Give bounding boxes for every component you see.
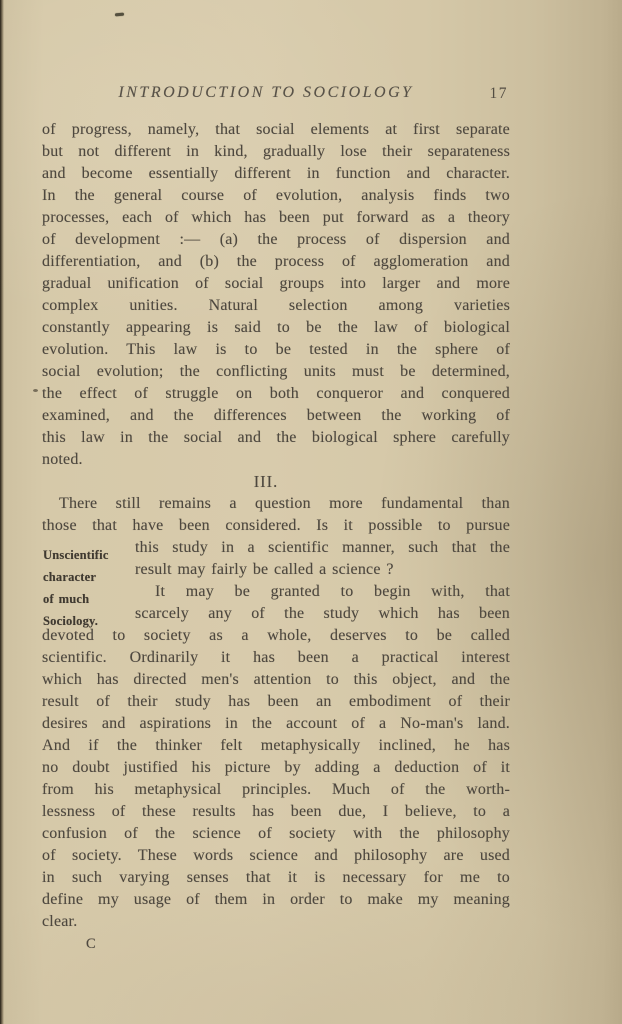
running-header: INTRODUCTION TO SOCIOLOGY 17 bbox=[42, 84, 510, 106]
text-line: social evolution; the conflicting units … bbox=[42, 361, 510, 383]
text-line: result of their study has been an embodi… bbox=[42, 691, 510, 713]
ink-speck bbox=[115, 13, 124, 17]
page-number: 17 bbox=[490, 85, 509, 103]
text-line: character bbox=[43, 566, 131, 588]
text-line: this study in a scientific manner, such … bbox=[135, 537, 510, 559]
text-line: define my usage of them in order to make… bbox=[42, 889, 510, 911]
text-line: of development :— (a) the process of dis… bbox=[42, 229, 510, 251]
text-line: lessness of these results has been due, … bbox=[42, 801, 510, 823]
printer-signature-mark: C bbox=[86, 933, 96, 955]
text-line: complex unities. Natural selection among… bbox=[42, 295, 510, 317]
text-line: Unscientific bbox=[43, 544, 131, 566]
text-line: noted. bbox=[42, 449, 510, 471]
text-line: which has directed men's attention to th… bbox=[42, 669, 510, 691]
sidenote-region: Unscientificcharacterof muchSociology. t… bbox=[42, 537, 510, 625]
text-line: evolution. This law is to be tested in t… bbox=[42, 339, 510, 361]
section-heading: III. bbox=[32, 471, 500, 493]
page-title: INTRODUCTION TO SOCIOLOGY bbox=[32, 84, 500, 102]
paragraph-2-intro: There still remains a question more fund… bbox=[42, 493, 510, 537]
text-line: scarcely any of the study which has been bbox=[135, 603, 510, 625]
text-line: those that have been considered. Is it p… bbox=[42, 515, 510, 537]
text-line: this law in the social and the biologica… bbox=[42, 427, 510, 449]
text-line: There still remains a question more fund… bbox=[42, 493, 510, 515]
text-line: scientific. Ordinarily it has been a pra… bbox=[42, 647, 510, 669]
text-line: devoted to society as a whole, deserves … bbox=[42, 625, 510, 647]
text-line: constantly appearing is said to be the l… bbox=[42, 317, 510, 339]
text-line: And if the thinker felt metaphysically i… bbox=[42, 735, 510, 757]
text-line: of much bbox=[43, 588, 131, 610]
text-line: of progress, namely, that social element… bbox=[42, 119, 510, 141]
text-line: confusion of the science of society with… bbox=[42, 823, 510, 845]
text-line: clear. bbox=[42, 911, 510, 933]
text-line: differentiation, and (b) the process of … bbox=[42, 251, 510, 273]
margin-sidenote: Unscientificcharacterof muchSociology. bbox=[43, 544, 131, 632]
text-line: in such varying senses that it is necess… bbox=[42, 867, 510, 889]
text-line: examined, and the differences between th… bbox=[42, 405, 510, 427]
ink-speck bbox=[33, 389, 38, 392]
text-line: from his metaphysical principles. Much o… bbox=[42, 779, 510, 801]
text-line: In the general course of evolution, anal… bbox=[42, 185, 510, 207]
text-line: processes, each of which has been put fo… bbox=[42, 207, 510, 229]
page-edge-shadow bbox=[0, 0, 4, 1024]
text-line: gradual unification of social groups int… bbox=[42, 273, 510, 295]
book-page-scan: INTRODUCTION TO SOCIOLOGY 17 of progress… bbox=[0, 0, 622, 1024]
text-line: and become essentially different in func… bbox=[42, 163, 510, 185]
text-line: It may be granted to begin with, that bbox=[135, 581, 510, 603]
text-line: the effect of struggle on both conqueror… bbox=[42, 383, 510, 405]
paragraph-2-wrapped-text: this study in a scientific manner, such … bbox=[135, 537, 510, 625]
text-line: but not different in kind, gradually los… bbox=[42, 141, 510, 163]
text-line: desires and aspirations in the account o… bbox=[42, 713, 510, 735]
text-line: no doubt justified his picture by adding… bbox=[42, 757, 510, 779]
text-line: of society. These words science and phil… bbox=[42, 845, 510, 867]
paragraph-1: of progress, namely, that social element… bbox=[42, 119, 510, 471]
paragraph-2-continuation: devoted to society as a whole, deserves … bbox=[42, 625, 510, 933]
text-line: result may fairly be called a science ? bbox=[135, 559, 510, 581]
